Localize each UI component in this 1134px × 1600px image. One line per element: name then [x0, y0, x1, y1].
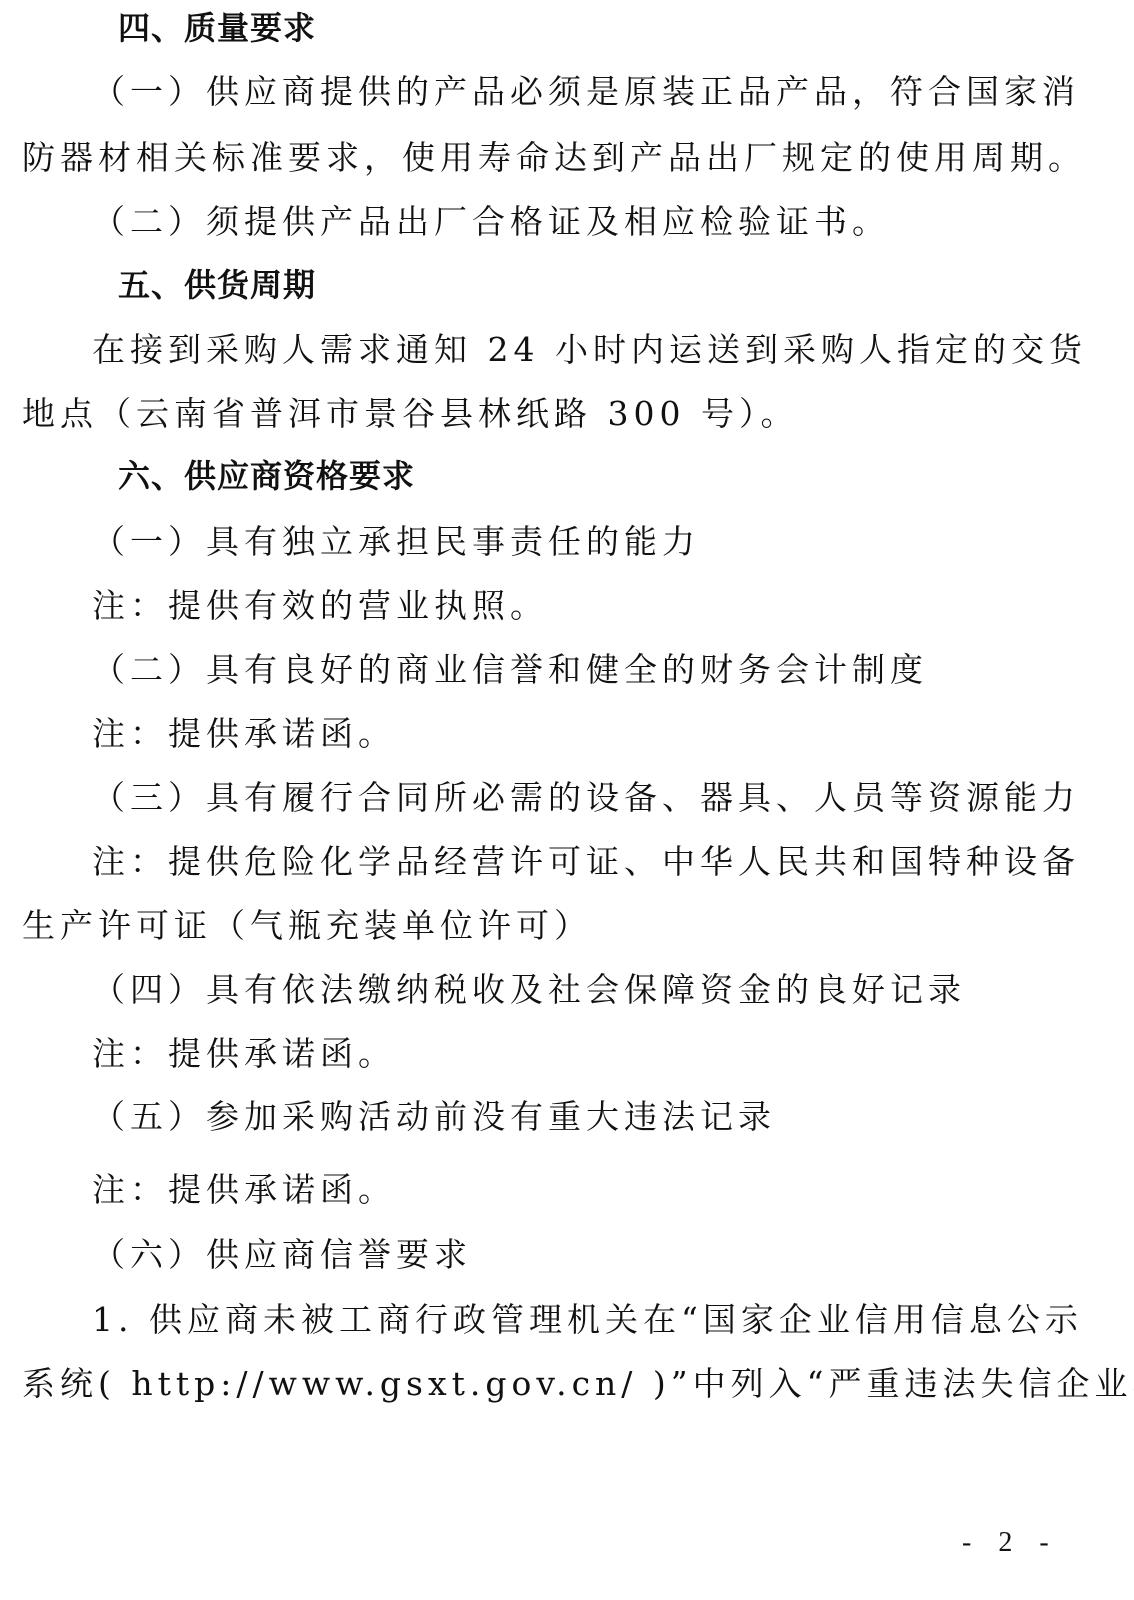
- paragraph-line: 注：提供危险化学品经营许可证、中华人民共和国特种设备: [92, 842, 1080, 882]
- paragraph-line: （六）供应商信誉要求: [92, 1235, 472, 1275]
- paragraph-line: 防器材相关标准要求，使用寿命达到产品出厂规定的使用周期。: [22, 138, 1086, 178]
- paragraph-line: 注：提供承诺函。: [92, 1170, 396, 1210]
- paragraph-line: 生产许可证（气瓶充装单位许可）: [22, 906, 592, 946]
- paragraph-line: 注：提供承诺函。: [92, 714, 396, 754]
- paragraph-line: 注：提供承诺函。: [92, 1034, 396, 1074]
- paragraph-line: （二）具有良好的商业信誉和健全的财务会计制度: [92, 650, 928, 690]
- paragraph-line: 系统( http://www.gsxt.gov.cn/ )”中列入“严重违法失信…: [22, 1364, 1134, 1404]
- paragraph-line: 地点（云南省普洱市景谷县林纸路 300 号）。: [22, 394, 798, 434]
- section-heading: 六、供应商资格要求: [118, 456, 415, 496]
- section-heading: 五、供货周期: [118, 265, 316, 305]
- paragraph-line: （二）须提供产品出厂合格证及相应检验证书。: [92, 202, 890, 242]
- paragraph-line: 注：提供有效的营业执照。: [92, 586, 548, 626]
- paragraph-line: 在接到采购人需求通知 24 小时内运送到采购人指定的交货: [92, 330, 1087, 370]
- paragraph-line: （一）具有独立承担民事责任的能力: [92, 522, 700, 562]
- section-heading: 四、质量要求: [118, 8, 316, 48]
- paragraph-line: （五）参加采购活动前没有重大违法记录: [92, 1097, 776, 1137]
- paragraph-line: 1. 供应商未被工商行政管理机关在“国家企业信用信息公示: [92, 1300, 1083, 1340]
- paragraph-line: （四）具有依法缴纳税收及社会保障资金的良好记录: [92, 970, 966, 1010]
- paragraph-line: （三）具有履行合同所必需的设备、器具、人员等资源能力: [92, 778, 1080, 818]
- paragraph-line: （一）供应商提供的产品必须是原装正品产品，符合国家消: [92, 72, 1080, 112]
- page-number: - 2 -: [962, 1527, 1059, 1559]
